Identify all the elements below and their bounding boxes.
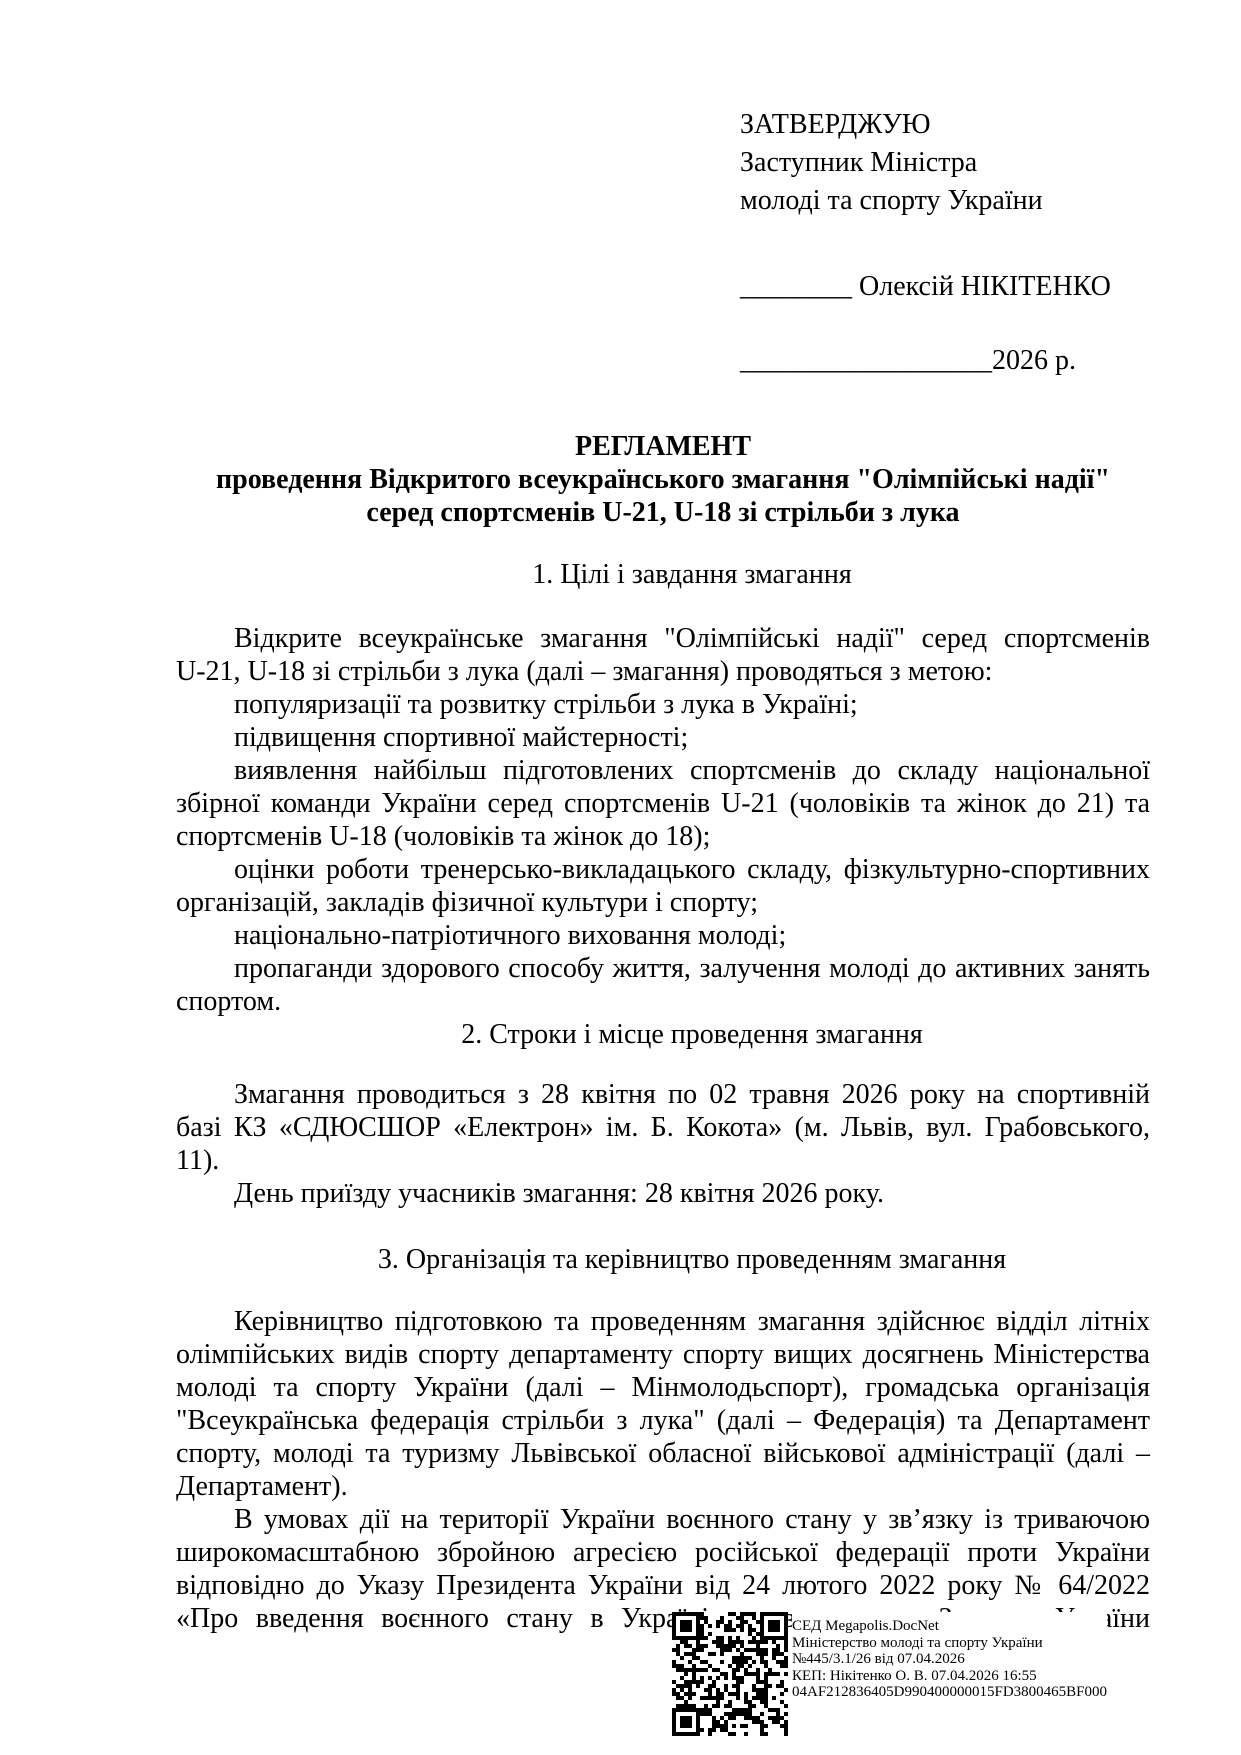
stamp-certificate-hash: 04AF212836405D990400000015FD3800465BF000: [792, 1684, 1107, 1701]
text-line: олімпійських видів спорту департаменту с…: [176, 1338, 1150, 1371]
text-line: базі КЗ «СДЮСШОР «Електрон» ім. Б. Кокот…: [176, 1111, 1150, 1144]
text-line: пропаганди здорового способу життя, залу…: [176, 952, 1150, 985]
text-line: виявлення найбільш підготовлених спортсм…: [176, 754, 1150, 787]
text-line: популяризації та розвитку стрільби з лук…: [176, 688, 1150, 721]
text-line: молоді та спорту України (далі – Мінмоло…: [176, 1371, 1150, 1404]
stamp-document-number: №445/3.1/26 від 07.04.2026: [792, 1651, 1107, 1668]
text-line: підвищення спортивної майстерності;: [176, 721, 1150, 754]
section-heading-1: 1. Цілі і завдання змагання: [176, 558, 1150, 591]
text-line: Департамент).: [176, 1470, 1150, 1503]
text-line: U-21, U-18 зі стрільби з лука (далі – зм…: [176, 655, 1150, 688]
stamp-text: СЕД Megapolis.DocNet Міністерство молоді…: [792, 1612, 1107, 1701]
approver-position-line-1: Заступник Міністра: [740, 144, 1111, 182]
stamp-organization: Міністерство молоді та спорту України: [792, 1635, 1107, 1652]
section-2-body: Змагання проводиться з 28 квітня по 02 т…: [176, 1078, 1150, 1210]
qr-code: [672, 1612, 788, 1736]
approval-word: ЗАТВЕРДЖУЮ: [740, 106, 1111, 144]
text-line: оцінки роботи тренерсько-викладацького с…: [176, 853, 1150, 886]
text-line: широкомасштабною збройною агресією росій…: [176, 1536, 1150, 1569]
text-line: збірної команди України серед спортсмені…: [176, 787, 1150, 820]
document-page: ЗАТВЕРДЖУЮ Заступник Міністра молоді та …: [0, 0, 1241, 1755]
signature-line: ________ Олексій НІКІТЕНКО: [740, 268, 1111, 306]
text-line: Керівництво підготовкою та проведенням з…: [176, 1305, 1150, 1338]
stamp-system-name: СЕД Megapolis.DocNet: [792, 1618, 1107, 1635]
title-line-3: серед спортсменів U-21, U-18 зі стрільби…: [176, 496, 1150, 529]
section-1-body: Відкрите всеукраїнське змагання "Олімпій…: [176, 622, 1150, 1018]
text-line: "Всеукраїнська федерація стрільби з лука…: [176, 1404, 1150, 1437]
date-line: __________________2026 р.: [740, 342, 1111, 380]
text-line: День приїзду учасників змагання: 28 квіт…: [176, 1177, 1150, 1210]
text-line: 11).: [176, 1144, 1150, 1177]
section-heading-2: 2. Строки і місце проведення змагання: [176, 1018, 1150, 1051]
text-line: Відкрите всеукраїнське змагання "Олімпій…: [176, 622, 1150, 655]
text-line: В умовах дії на території України воєнно…: [176, 1503, 1150, 1536]
text-line: Змагання проводиться з 28 квітня по 02 т…: [176, 1078, 1150, 1111]
title-line-2: проведення Відкритого всеукраїнського зм…: [176, 463, 1150, 496]
text-line: спортсменів U-18 (чоловіків та жінок до …: [176, 820, 1150, 853]
stamp-signature-info: КЕП: Нікітенко О. В. 07.04.2026 16:55: [792, 1668, 1107, 1685]
approval-block: ЗАТВЕРДЖУЮ Заступник Міністра молоді та …: [740, 106, 1111, 380]
text-line: спорту, молоді та туризму Львівської обл…: [176, 1437, 1150, 1470]
title-line-1: РЕГЛАМЕНТ: [176, 430, 1150, 463]
text-line: відповідно до Указу Президента України в…: [176, 1569, 1150, 1602]
document-title: РЕГЛАМЕНТ проведення Відкритого всеукраї…: [176, 430, 1150, 529]
digital-signature-stamp: СЕД Megapolis.DocNet Міністерство молоді…: [672, 1612, 1107, 1736]
section-3-body: Керівництво підготовкою та проведенням з…: [176, 1305, 1150, 1635]
text-line: національно-патріотичного виховання моло…: [176, 919, 1150, 952]
section-heading-3: 3. Організація та керівництво проведення…: [176, 1243, 1150, 1276]
text-line: спортом.: [176, 985, 1150, 1018]
approver-position-line-2: молоді та спорту України: [740, 182, 1111, 220]
text-line: організацій, закладів фізичної культури …: [176, 886, 1150, 919]
document-body: РЕГЛАМЕНТ проведення Відкритого всеукраї…: [176, 430, 1150, 1635]
